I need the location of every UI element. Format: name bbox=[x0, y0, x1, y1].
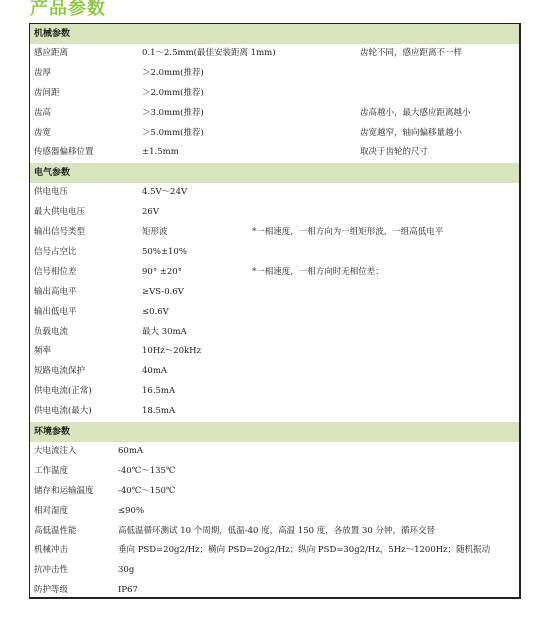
param-value: ＞5.0mm(推荐) bbox=[142, 124, 204, 144]
param-value: 30g bbox=[118, 561, 134, 581]
param-value: ≥VS-0.6V bbox=[142, 283, 184, 303]
param-label: 高低温性能 bbox=[34, 522, 77, 542]
table-row: 齿厚＞2.0mm(推荐) bbox=[30, 64, 519, 84]
table-row: 机械冲击垂向 PSD=20g2/Hz；横向 PSD=20g2/Hz；纵向 PSD… bbox=[30, 541, 519, 561]
param-label: 齿高 bbox=[34, 104, 51, 124]
param-note: *一相速度，一相方向时无相位差： bbox=[252, 263, 384, 283]
table-row: 短路电流保护40mA bbox=[30, 362, 519, 382]
param-value: IP67 bbox=[118, 581, 138, 601]
param-label: 传感器偏移位置 bbox=[34, 143, 94, 163]
table-row: 频率10Hz～20kHz bbox=[30, 342, 519, 362]
param-value: 16.5mA bbox=[142, 382, 175, 402]
table-row: 感应距离0.1～2.5mm(最佳安装距离 1mm)齿轮不同，感应距离不一样 bbox=[30, 44, 519, 64]
param-label: 短路电流保护 bbox=[34, 362, 85, 382]
param-label: 大电流注入 bbox=[34, 442, 77, 462]
param-label: 输出低电平 bbox=[34, 303, 77, 323]
param-value: ±1.5mm bbox=[142, 143, 179, 163]
param-value: 50%±10% bbox=[142, 243, 187, 263]
table-row: 供电电压4.5V～24V bbox=[30, 183, 519, 203]
param-label: 感应距离 bbox=[34, 44, 68, 64]
param-label: 输出信号类型 bbox=[34, 223, 85, 243]
param-label: 储存和运输温度 bbox=[34, 482, 94, 502]
param-value: 垂向 PSD=20g2/Hz；横向 PSD=20g2/Hz；纵向 PSD=30g… bbox=[118, 541, 490, 561]
table-row: 相对湿度≤90% bbox=[30, 502, 519, 522]
param-value: 60mA bbox=[118, 442, 143, 462]
section-header-electrical: 电气参数 bbox=[30, 163, 519, 183]
param-label: 信号占空比 bbox=[34, 243, 77, 263]
table-row: 齿高＞3.0mm(推荐)齿高越小，最大感应距离越小 bbox=[30, 104, 519, 124]
param-label: 抗冲击性 bbox=[34, 561, 68, 581]
param-label: 工作温度 bbox=[34, 462, 68, 482]
param-value: 10Hz～20kHz bbox=[142, 342, 201, 362]
param-value: 4.5V～24V bbox=[142, 183, 187, 203]
table-row: 防护等级IP67 bbox=[30, 581, 519, 601]
param-value: -40℃～150℃ bbox=[118, 482, 175, 502]
param-label: 供电电流(正常) bbox=[34, 382, 92, 402]
param-label: 齿间距 bbox=[34, 84, 60, 104]
table-row: 供电电流(正常)16.5mA bbox=[30, 382, 519, 402]
param-value: 最大 30mA bbox=[142, 323, 187, 343]
param-label: 相对湿度 bbox=[34, 502, 68, 522]
table-row: 传感器偏移位置±1.5mm取决于齿轮的尺寸 bbox=[30, 143, 519, 163]
param-label: 防护等级 bbox=[34, 581, 68, 601]
param-note: 齿轮不同，感应距离不一样 bbox=[360, 44, 462, 64]
param-label: 齿宽 bbox=[34, 124, 51, 144]
param-value: 26V bbox=[142, 203, 159, 223]
table-row: 信号相位差90° ±20°*一相速度，一相方向时无相位差： bbox=[30, 263, 519, 283]
param-value: 0.1～2.5mm(最佳安装距离 1mm) bbox=[142, 44, 276, 64]
table-row: 抗冲击性30g bbox=[30, 561, 519, 581]
table-row: 工作温度-40℃～135℃ bbox=[30, 462, 519, 482]
param-value: ≤0.6V bbox=[142, 303, 169, 323]
table-row: 供电电流(最大)18.5mA bbox=[30, 402, 519, 422]
param-note: 齿高越小，最大感应距离越小 bbox=[360, 104, 471, 124]
param-label: 齿厚 bbox=[34, 64, 51, 84]
param-value: ＞2.0mm(推荐) bbox=[142, 84, 204, 104]
param-label: 机械冲击 bbox=[34, 541, 68, 561]
product-parameters-table: 机械参数 感应距离0.1～2.5mm(最佳安装距离 1mm)齿轮不同，感应距离不… bbox=[29, 23, 521, 599]
param-label: 频率 bbox=[34, 342, 51, 362]
table-row: 高低温性能高低温循环测试 10 个周期，低温-40 度，高温 150 度，各放置… bbox=[30, 522, 519, 542]
table-row: 储存和运输温度-40℃～150℃ bbox=[30, 482, 519, 502]
table-row: 负载电流最大 30mA bbox=[30, 323, 519, 343]
table-row: 齿宽＞5.0mm(推荐)齿宽越窄，轴向偏移量越小 bbox=[30, 124, 519, 144]
param-note: *一相速度，一相方向为一组矩形波，一组高低电平 bbox=[252, 223, 443, 243]
param-value: 90° ±20° bbox=[142, 263, 182, 283]
page-title: 产品参数 bbox=[30, 0, 106, 21]
param-value: 高低温循环测试 10 个周期，低温-40 度，高温 150 度，各放置 30 分… bbox=[118, 522, 435, 542]
table-row: 输出信号类型矩形波*一相速度，一相方向为一组矩形波，一组高低电平 bbox=[30, 223, 519, 243]
param-label: 负载电流 bbox=[34, 323, 68, 343]
param-value: 18.5mA bbox=[142, 402, 175, 422]
param-note: 齿宽越窄，轴向偏移量越小 bbox=[360, 124, 462, 144]
table-row: 信号占空比50%±10% bbox=[30, 243, 519, 263]
param-label: 输出高电平 bbox=[34, 283, 77, 303]
param-label: 最大供电电压 bbox=[34, 203, 85, 223]
param-value: -40℃～135℃ bbox=[118, 462, 175, 482]
param-value: 矩形波 bbox=[142, 223, 168, 243]
param-label: 供电电流(最大) bbox=[34, 402, 92, 422]
table-row: 输出高电平≥VS-0.6V bbox=[30, 283, 519, 303]
param-value: ≤90% bbox=[118, 502, 144, 522]
param-label: 信号相位差 bbox=[34, 263, 77, 283]
param-value: 40mA bbox=[142, 362, 167, 382]
section-header-environmental: 环境参数 bbox=[30, 422, 519, 442]
section-header-mechanical: 机械参数 bbox=[30, 24, 519, 44]
param-note: 取决于齿轮的尺寸 bbox=[360, 143, 428, 163]
param-label: 供电电压 bbox=[34, 183, 68, 203]
table-row: 最大供电电压26V bbox=[30, 203, 519, 223]
table-row: 齿间距＞2.0mm(推荐) bbox=[30, 84, 519, 104]
param-value: ＞2.0mm(推荐) bbox=[142, 64, 204, 84]
table-row: 大电流注入60mA bbox=[30, 442, 519, 462]
table-row: 输出低电平≤0.6V bbox=[30, 303, 519, 323]
param-value: ＞3.0mm(推荐) bbox=[142, 104, 204, 124]
